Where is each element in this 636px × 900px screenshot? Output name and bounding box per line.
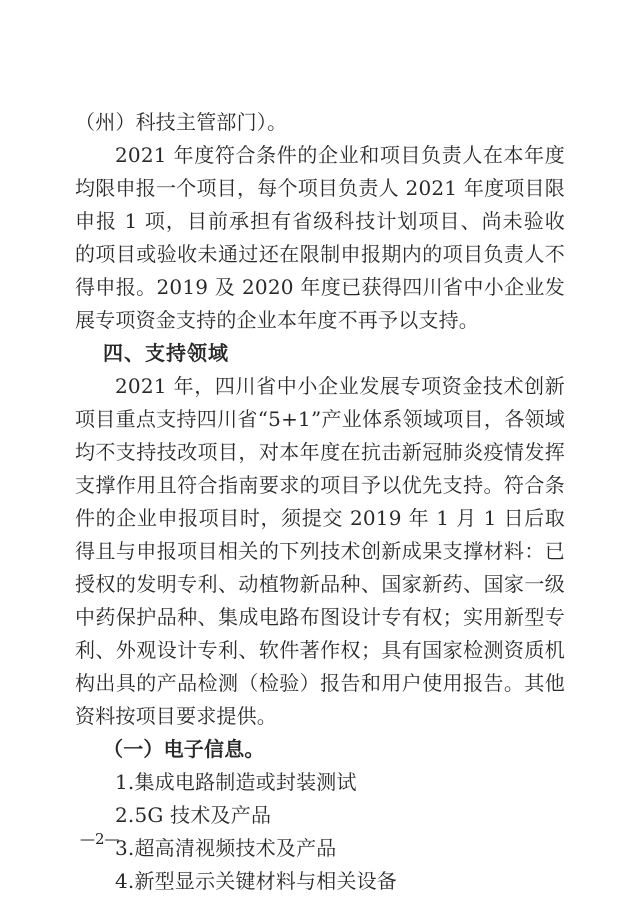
- list-item-1-integrated-circuits: 1.集成电路制造或封装测试: [75, 766, 565, 799]
- page-number: —2—: [80, 830, 120, 848]
- section-heading-support-areas: 四、支持领域: [75, 337, 565, 370]
- subsection-heading-electronic-information: （一）电子信息。: [75, 733, 565, 766]
- list-item-4-new-display: 4.新型显示关键材料与相关设备: [75, 865, 565, 898]
- list-item-3-uhd-video: 3.超高清视频技术及产品: [75, 832, 565, 865]
- paragraph-support-scope: 2021 年，四川省中小企业发展专项资金技术创新项目重点支持四川省“5+1”产业…: [75, 370, 565, 733]
- document-body: （州）科技主管部门）。 2021 年度符合条件的企业和项目负责人在本年度均限申报…: [75, 106, 565, 898]
- paragraph-continuation: （州）科技主管部门）。: [75, 106, 565, 139]
- document-page: （州）科技主管部门）。 2021 年度符合条件的企业和项目负责人在本年度均限申报…: [0, 0, 636, 900]
- paragraph-application-limits: 2021 年度符合条件的企业和项目负责人在本年度均限申报一个项目，每个项目负责人…: [75, 139, 565, 337]
- list-item-2-5g: 2.5G 技术及产品: [75, 799, 565, 832]
